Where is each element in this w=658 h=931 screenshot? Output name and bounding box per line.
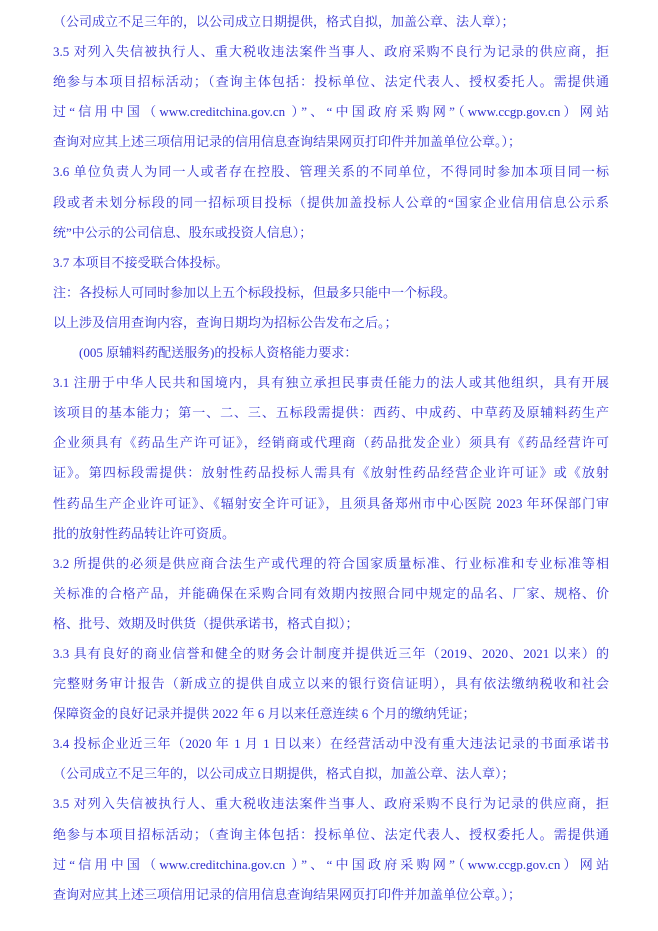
text-line: 该项目的基本能力；第一、二、三、五标段需提供：西药、中成药、中草药及原辅料药生产 (53, 398, 609, 428)
text-line: 查询对应其上述三项信用记录的信用信息查询结果网页打印件并加盖单位公章。）； (53, 880, 609, 910)
text-line: 3.6 单位负责人为同一人或者存在控股、管理关系的不同单位，不得同时参加本项目同… (53, 157, 609, 187)
text-line: 格、批号、效期及时供货（提供承诺书，格式自拟）； (53, 609, 609, 639)
text-line: 批的放射性药品转让许可资质。 (53, 519, 609, 549)
text-line: 以上涉及信用查询内容，查询日期均为招标公告发布之后。； (53, 308, 609, 338)
text-line: 过“信用中国（www.creditchina.gov.cn ）”、“中国政府采购… (53, 850, 609, 880)
text-line: 3.3 具有良好的商业信誉和健全的财务会计制度并提供近三年（2019、2020、… (53, 639, 609, 669)
text-line: 3.4 投标企业近三年（2020 年 1 月 1 日以来）在经营活动中没有重大违… (53, 729, 609, 759)
text-line: 关标准的合格产品，并能确保在采购合同有效期内按照合同中规定的品名、厂家、规格、价 (53, 579, 609, 609)
text-line: 证》。第四标段需提供：放射性药品投标人需具有《放射性药品经营企业许可证》或《放射 (53, 458, 609, 488)
text-line: 3.5 对列入失信被执行人、重大税收违法案件当事人、政府采购不良行为记录的供应商… (53, 789, 609, 819)
text-line: 过“信用中国（www.creditchina.gov.cn ）”、“中国政府采购… (53, 97, 609, 127)
document-page: （公司成立不足三年的，以公司成立日期提供，格式自拟，加盖公章、法人章）；3.5 … (0, 0, 658, 931)
text-line: （公司成立不足三年的，以公司成立日期提供，格式自拟，加盖公章、法人章）； (53, 759, 609, 789)
text-line: 企业须具有《药品生产许可证》，经销商或代理商（药品批发企业）须具有《药品经营许可 (53, 428, 609, 458)
text-line: (005 原辅料药配送服务)的投标人资格能力要求： (53, 338, 609, 368)
text-line: 查询对应其上述三项信用记录的信用信息查询结果网页打印件并加盖单位公章。）； (53, 127, 609, 157)
text-line: 保障资金的良好记录并提供 2022 年 6 月以来任意连续 6 个月的缴纳凭证； (53, 699, 609, 729)
text-line: 统”中公示的公司信息、股东或投资人信息）； (53, 218, 609, 248)
text-line: 3.1 注册于中华人民共和国境内，具有独立承担民事责任能力的法人或其他组织，具有… (53, 368, 609, 398)
text-line: 3.5 对列入失信被执行人、重大税收违法案件当事人、政府采购不良行为记录的供应商… (53, 37, 609, 67)
text-line: 3.7 本项目不接受联合体投标。 (53, 248, 609, 278)
text-line: 绝参与本项目招标活动；（查询主体包括：投标单位、法定代表人、授权委托人。需提供通 (53, 820, 609, 850)
text-line: 段或者未划分标段的同一招标项目投标（提供加盖投标人公章的“国家企业信用信息公示系 (53, 188, 609, 218)
text-line: 性药品生产企业许可证》、《辐射安全许可证》，且须具备郑州市中心医院 2023 年… (53, 489, 609, 519)
text-line: 绝参与本项目招标活动；（查询主体包括：投标单位、法定代表人、授权委托人。需提供通 (53, 67, 609, 97)
text-line: 完整财务审计报告（新成立的提供自成立以来的银行资信证明），具有依法缴纳税收和社会 (53, 669, 609, 699)
text-line: （公司成立不足三年的，以公司成立日期提供，格式自拟，加盖公章、法人章）； (53, 7, 609, 37)
text-line: 注：各投标人可同时参加以上五个标段投标，但最多只能中一个标段。 (53, 278, 609, 308)
text-line: 3.2 所提供的必须是供应商合法生产或代理的符合国家质量标准、行业标准和专业标准… (53, 549, 609, 579)
document-body: （公司成立不足三年的，以公司成立日期提供，格式自拟，加盖公章、法人章）；3.5 … (53, 7, 609, 910)
